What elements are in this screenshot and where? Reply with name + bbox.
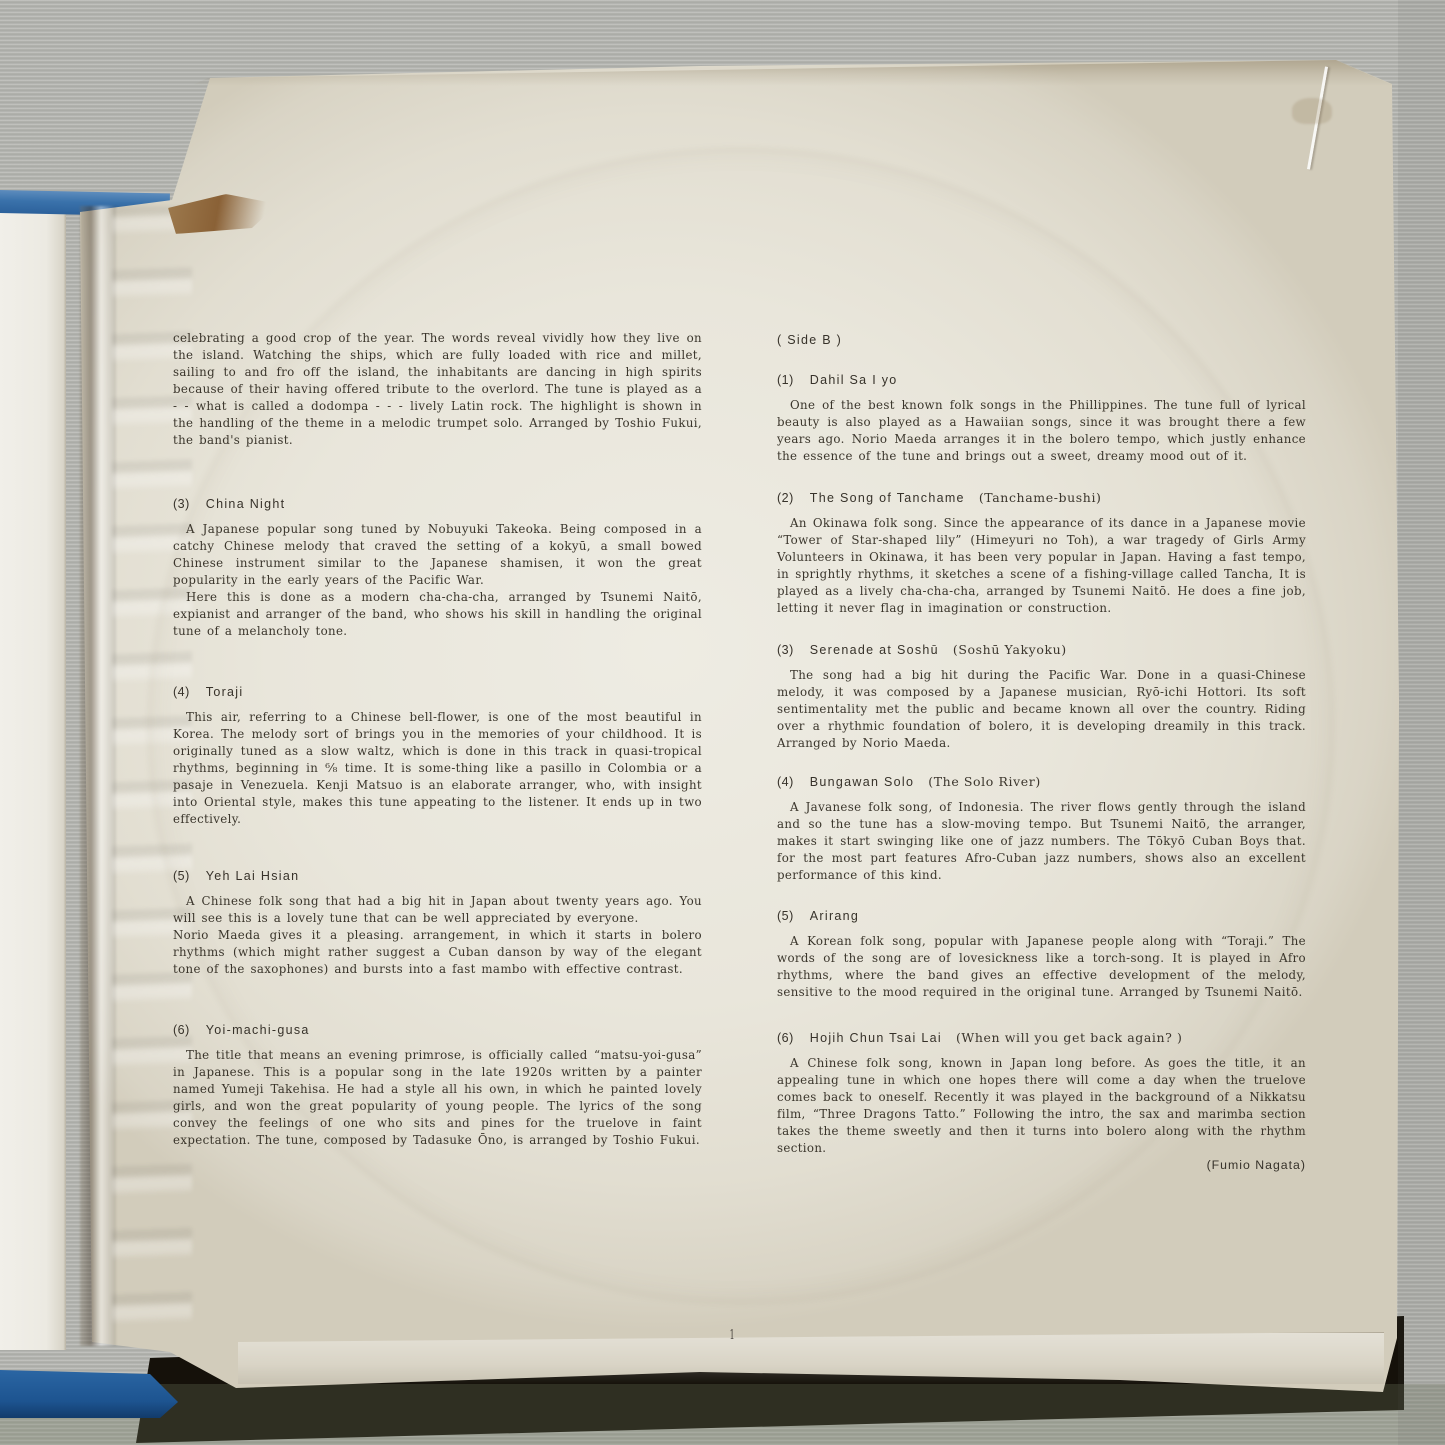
- track-title: Arirang: [810, 909, 859, 923]
- track-description: A Chinese folk song, known in Japan long…: [777, 1055, 1306, 1157]
- side-b-label-section: ( Side B ): [777, 332, 1306, 357]
- track-description: A Japanese popular song tuned by Nobuyuk…: [173, 521, 702, 589]
- track-heading: (5)Arirang: [777, 908, 1306, 924]
- track-section-yeh-lai-hsian: (5)Yeh Lai Hsian A Chinese folk song tha…: [173, 868, 702, 978]
- track-title: The Song of Tanchame: [810, 491, 965, 505]
- track-description: This air, referring to a Chinese bell-fl…: [173, 709, 702, 828]
- track-heading: (1)Dahil Sa I yo: [777, 372, 1306, 388]
- track-number: (3): [777, 643, 794, 657]
- track-description: An Okinawa folk song. Since the appearan…: [777, 515, 1306, 617]
- liner-notes-left-column: celebrating a good crop of the year. The…: [173, 330, 702, 1310]
- track-heading: (5)Yeh Lai Hsian: [173, 868, 702, 884]
- track-title: Toraji: [206, 685, 244, 699]
- inner-page-edge: [0, 194, 66, 1350]
- fabric-surface-bottom: [0, 1384, 1445, 1445]
- track-title: China Night: [206, 497, 286, 511]
- side-b-label: ( Side B ): [777, 332, 1306, 348]
- track-heading: (2)The Song of Tanchame(Tanchame-bushi): [777, 490, 1306, 506]
- track-heading: (4)Bungawan Solo(The Solo River): [777, 774, 1306, 790]
- track-number: (2): [777, 491, 794, 505]
- track-section-continued: celebrating a good crop of the year. The…: [173, 330, 702, 449]
- track-title-note: (When will you get back again? ): [956, 1030, 1183, 1045]
- track-title: Yoi-machi-gusa: [206, 1023, 310, 1037]
- track-description: The song had a big hit during the Pacifi…: [777, 667, 1306, 752]
- liner-notes-right-column: ( Side B ) (1)Dahil Sa I yo One of the b…: [777, 332, 1306, 1232]
- spine-crease: [80, 206, 116, 1346]
- track-section-arirang: (5)Arirang A Korean folk song, popular w…: [777, 908, 1306, 1001]
- track-section-toraji: (4)Toraji This air, referring to a Chine…: [173, 684, 702, 828]
- track-title: Dahil Sa I yo: [810, 373, 898, 387]
- track-description: celebrating a good crop of the year. The…: [173, 330, 702, 449]
- track-section-serenade-at-soshu: (3)Serenade at Soshū(Soshū Yakyoku) The …: [777, 642, 1306, 752]
- track-heading: (3)Serenade at Soshū(Soshū Yakyoku): [777, 642, 1306, 658]
- track-title: Hojih Chun Tsai Lai: [810, 1031, 942, 1045]
- track-section-bungawan-solo: (4)Bungawan Solo(The Solo River) A Javan…: [777, 774, 1306, 884]
- track-number: (6): [777, 1031, 794, 1045]
- track-description: A Javanese folk song, of Indonesia. The …: [777, 799, 1306, 884]
- track-heading: (3)China Night: [173, 496, 702, 512]
- track-section-yoi-machi-gusa: (6)Yoi-machi-gusa The title that means a…: [173, 1022, 702, 1149]
- track-section-hojih-chun-tsai-lai: (6)Hojih Chun Tsai Lai(When will you get…: [777, 1030, 1306, 1172]
- track-title: Bungawan Solo: [810, 775, 914, 789]
- faint-stamp-mark: [1292, 98, 1332, 124]
- track-section-dahil-sa-iyo: (1)Dahil Sa I yo One of the best known f…: [777, 372, 1306, 465]
- track-number: (3): [173, 497, 190, 511]
- track-title-note: (The Solo River): [928, 774, 1041, 789]
- fabric-surface-right: [1398, 0, 1445, 1445]
- track-heading: (6)Hojih Chun Tsai Lai(When will you get…: [777, 1030, 1306, 1046]
- track-heading: (4)Toraji: [173, 684, 702, 700]
- paper-top-grime: [190, 60, 1395, 86]
- track-number: (4): [777, 775, 794, 789]
- track-title-note: (Soshū Yakyoku): [953, 642, 1067, 657]
- track-number: (1): [777, 373, 794, 387]
- track-description: One of the best known folk songs in the …: [777, 397, 1306, 465]
- track-title: Serenade at Soshū: [810, 643, 939, 657]
- track-number: (4): [173, 685, 190, 699]
- track-number: (6): [173, 1023, 190, 1037]
- track-description: A Chinese folk song that had a big hit i…: [173, 893, 702, 927]
- track-number: (5): [777, 909, 794, 923]
- track-title: Yeh Lai Hsian: [206, 869, 300, 883]
- track-section-tanchame: (2)The Song of Tanchame(Tanchame-bushi) …: [777, 490, 1306, 617]
- track-title-note: (Tanchame-bushi): [979, 490, 1102, 505]
- author-signature: (Fumio Nagata): [777, 1158, 1306, 1172]
- track-number: (5): [173, 869, 190, 883]
- track-description: The title that means an evening primrose…: [173, 1047, 702, 1149]
- photo-of-lp-sleeve-back: { "colors": { "fabric_background": "#b0b…: [0, 0, 1445, 1445]
- track-section-china-night: (3)China Night A Japanese popular song t…: [173, 496, 702, 640]
- page-mark: 1: [730, 1328, 735, 1343]
- track-description: A Korean folk song, popular with Japanes…: [777, 933, 1306, 1001]
- track-description: Here this is done as a modern cha-cha-ch…: [173, 589, 702, 640]
- track-heading: (6)Yoi-machi-gusa: [173, 1022, 702, 1038]
- track-description: Norio Maeda gives it a pleasing. arrange…: [173, 927, 702, 978]
